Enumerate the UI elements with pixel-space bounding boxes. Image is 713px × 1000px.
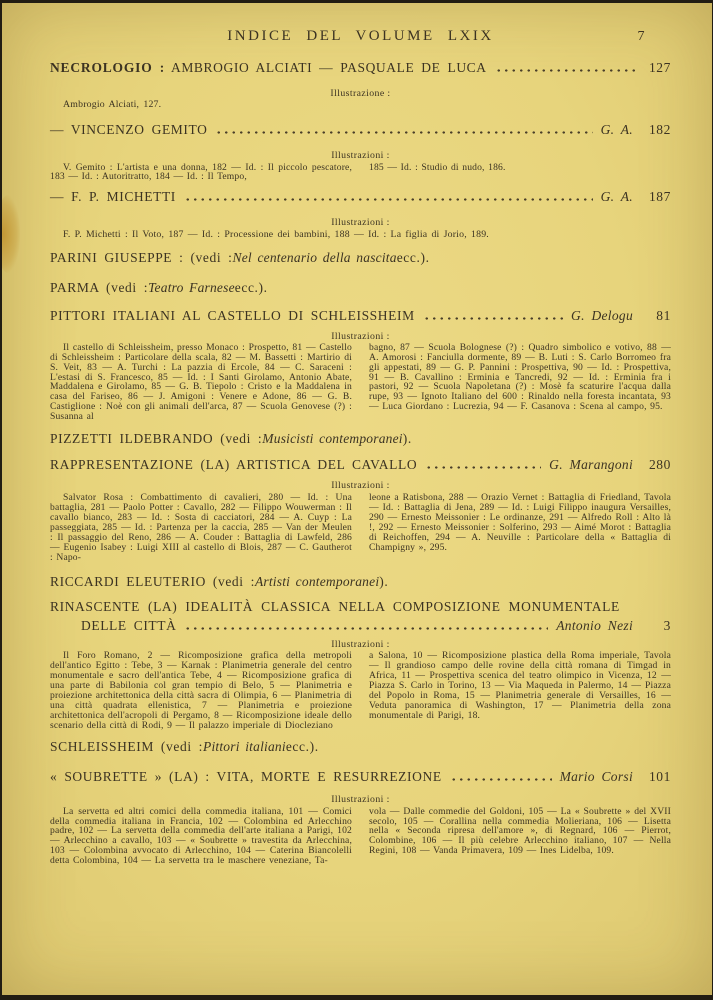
rappresentazione-illustrations: Salvator Rosa : Combattimento di cavalie… [50, 493, 671, 562]
illustration-column-right: 185 — Id. : Studio di nudo, 186. [369, 163, 671, 183]
see-reference-suffix: ). [379, 574, 388, 590]
illustration-text: La servetta ed altri comici della commed… [50, 807, 352, 866]
entry-necrologio-page: 127 [643, 60, 671, 76]
entry-parma: PARMA (vedi : Teatro Farnese ecc.). [50, 280, 671, 296]
illustration-column-right: vola — Dalle commedie del Goldoni, 105 —… [369, 807, 671, 866]
entry-rinascente: DELLE CITTÀ Antonio Nezi 3 [50, 618, 671, 634]
illustration-column-right: leone a Ratisbona, 288 — Orazio Vernet :… [369, 493, 671, 562]
entry-pittori: PITTORI ITALIANI AL CASTELLO DI SCHLEISS… [50, 308, 671, 324]
see-reference-suffix: ecc.). [286, 739, 319, 755]
entry-michetti: — F. P. MICHETTI G. A. 187 [50, 189, 671, 205]
illustration-column-left: Il castello di Schleissheim, presso Mona… [50, 343, 352, 422]
illustration-column-right: a Salona, 10 — Ricomposizione plastica d… [369, 651, 671, 730]
entry-rappresentazione-author: G. Marangoni [549, 457, 633, 473]
entry-gemito-title: — VINCENZO GEMITO [50, 122, 207, 138]
entry-michetti-page: 187 [643, 189, 671, 205]
illustration-text: bagno, 87 — Scuola Bolognese (?) : Quadr… [369, 343, 671, 412]
illustration-column-left: Il Foro Romano, 2 — Ricomposizione grafi… [50, 651, 352, 730]
see-reference-prefix: SCHLEISSHEIM (vedi : [50, 739, 203, 755]
illustration-column-left: La servetta ed altri comici della commed… [50, 807, 352, 866]
entry-riccardi: RICCARDI ELEUTERIO (vedi : Artisti conte… [50, 574, 671, 590]
entry-soubrette: « SOUBRETTE » (LA) : VITA, MORTE E RESUR… [50, 769, 671, 785]
illustration-text: Il Foro Romano, 2 — Ricomposizione grafi… [50, 651, 352, 730]
leader-dots [184, 619, 548, 630]
entry-pittori-title: PITTORI ITALIANI AL CASTELLO DI SCHLEISS… [50, 308, 415, 324]
illustration-text: a Salona, 10 — Ricomposizione plastica d… [369, 651, 671, 720]
soubrette-illustrations: La servetta ed altri comici della commed… [50, 807, 671, 866]
entry-gemito: — VINCENZO GEMITO G. A. 182 [50, 122, 671, 138]
entry-rappresentazione-title: RAPPRESENTAZIONE (LA) ARTISTICA DEL CAVA… [50, 457, 417, 473]
see-reference-prefix: PIZZETTI ILDEBRANDO (vedi : [50, 431, 262, 447]
illustrations-label: Illustrazioni : [50, 217, 671, 228]
entry-michetti-title: — F. P. MICHETTI [50, 189, 176, 205]
entry-necrologio: NECROLOGIO : AMBROGIO ALCIATI — PASQUALE… [50, 60, 671, 76]
see-reference-italic: Artisti contemporanei [255, 574, 379, 590]
leader-dots [423, 309, 563, 320]
folio-page-number: 7 [611, 29, 671, 45]
see-reference-italic: Musicisti contemporanei [262, 431, 402, 447]
entry-soubrette-title: « SOUBRETTE » (LA) : VITA, MORTE E RESUR… [50, 769, 442, 785]
entry-michetti-author: G. A. [601, 189, 633, 205]
rinascente-illustrations: Il Foro Romano, 2 — Ricomposizione grafi… [50, 651, 671, 730]
illustrations-label: Illustrazioni : [50, 331, 671, 342]
see-reference-prefix: RICCARDI ELEUTERIO (vedi : [50, 574, 255, 590]
illustration-text: 185 — Id. : Studio di nudo, 186. [369, 163, 671, 173]
illustration-label: Illustrazione : [50, 88, 671, 99]
see-reference-italic: Teatro Farnese [148, 280, 235, 296]
leader-dots [184, 190, 593, 201]
entry-gemito-author: G. A. [601, 122, 633, 138]
illustrations-label: Illustrazioni : [50, 794, 671, 805]
entry-soubrette-page: 101 [643, 769, 671, 785]
entry-necrologio-title: AMBROGIO ALCIATI — PASQUALE DE LUCA [171, 60, 487, 76]
illustration-text: Salvator Rosa : Combattimento di cavalie… [50, 493, 352, 562]
illustration-column-left: V. Gemito : L'artista e una donna, 182 —… [50, 163, 352, 183]
leader-dots [425, 458, 541, 469]
illustration-text: leone a Ratisbona, 288 — Orazio Vernet :… [369, 493, 671, 552]
pittori-illustrations: Il castello di Schleissheim, presso Mona… [50, 343, 671, 422]
entry-rinascente-title-line1: RINASCENTE (LA) IDEALITÀ CLASSICA NELLA … [50, 599, 671, 615]
see-reference-prefix: PARINI GIUSEPPE : (vedi : [50, 250, 233, 266]
illustrations-label: Illustrazioni : [50, 480, 671, 491]
illustration-text: V. Gemito : L'artista e una donna, 182 —… [50, 163, 352, 183]
entry-rinascente-page: 3 [643, 618, 671, 634]
entry-soubrette-author: Mario Corsi [560, 769, 633, 785]
gemito-illustrations: V. Gemito : L'artista e una donna, 182 —… [50, 163, 671, 183]
entry-pizzetti: PIZZETTI ILDEBRANDO (vedi : Musicisti co… [50, 431, 671, 447]
see-reference-suffix: ecc.). [235, 280, 268, 296]
entry-rappresentazione-page: 280 [643, 457, 671, 473]
entry-rappresentazione: RAPPRESENTAZIONE (LA) ARTISTICA DEL CAVA… [50, 457, 671, 473]
scanned-page: INDICE DEL VOLUME LXIX 7 NECROLOGIO : AM… [2, 3, 712, 995]
leader-dots [495, 61, 635, 72]
see-reference-italic: Nel centenario della nascita [233, 250, 397, 266]
see-reference-suffix: ecc.). [397, 250, 430, 266]
leader-dots [450, 770, 552, 781]
entry-gemito-page: 182 [643, 122, 671, 138]
leader-dots [215, 123, 592, 134]
see-reference-prefix: PARMA (vedi : [50, 280, 148, 296]
volume-index-title: INDICE DEL VOLUME LXIX [50, 28, 611, 45]
illustration-column-right: bagno, 87 — Scuola Bolognese (?) : Quadr… [369, 343, 671, 422]
michetti-illustration-line: F. P. Michetti : Il Voto, 187 — Id. : Pr… [50, 230, 671, 241]
entry-schleissheim: SCHLEISSHEIM (vedi : Pittori italiani ec… [50, 739, 671, 755]
illustration-column-left: Salvator Rosa : Combattimento di cavalie… [50, 493, 352, 562]
entry-necrologio-lead: NECROLOGIO : [50, 60, 165, 76]
entry-rinascente-author: Antonio Nezi [556, 618, 633, 634]
see-reference-italic: Pittori italiani [203, 739, 286, 755]
see-reference-suffix: ). [403, 431, 412, 447]
illustrations-label: Illustrazioni : [50, 150, 671, 161]
illustration-text: Il castello di Schleissheim, presso Mona… [50, 343, 352, 422]
entry-rinascente-title-line2: DELLE CITTÀ [81, 618, 176, 634]
entry-pittori-page: 81 [643, 308, 671, 324]
entry-pittori-author: G. Delogu [571, 308, 633, 324]
necrologio-illustration-line: Ambrogio Alciati, 127. [50, 100, 671, 111]
page-header: INDICE DEL VOLUME LXIX 7 [50, 28, 671, 45]
entry-parini: PARINI GIUSEPPE : (vedi : Nel centenario… [50, 250, 671, 266]
paper-stain [2, 195, 20, 273]
illustration-text: vola — Dalle commedie del Goldoni, 105 —… [369, 807, 671, 857]
page-content: INDICE DEL VOLUME LXIX 7 NECROLOGIO : AM… [50, 3, 671, 866]
illustrations-label: Illustrazioni : [50, 639, 671, 650]
